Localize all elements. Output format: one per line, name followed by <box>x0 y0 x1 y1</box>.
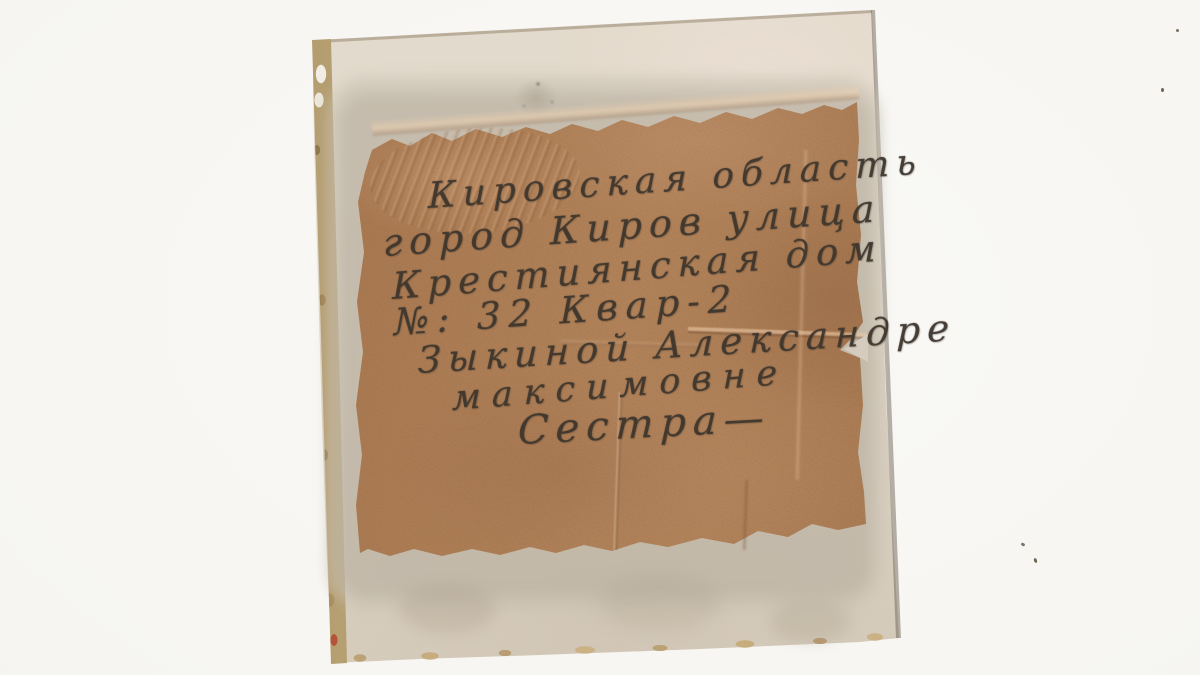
dust-speck <box>1176 29 1179 32</box>
card-bottom-stain <box>400 585 495 633</box>
dust-speck <box>1161 88 1164 92</box>
dust-speck <box>1021 542 1026 547</box>
scanned-document-photo: Кировская область город Киров улица Крес… <box>0 0 1200 675</box>
dust-speck <box>1033 558 1038 564</box>
card-bottom-stain <box>600 575 720 630</box>
